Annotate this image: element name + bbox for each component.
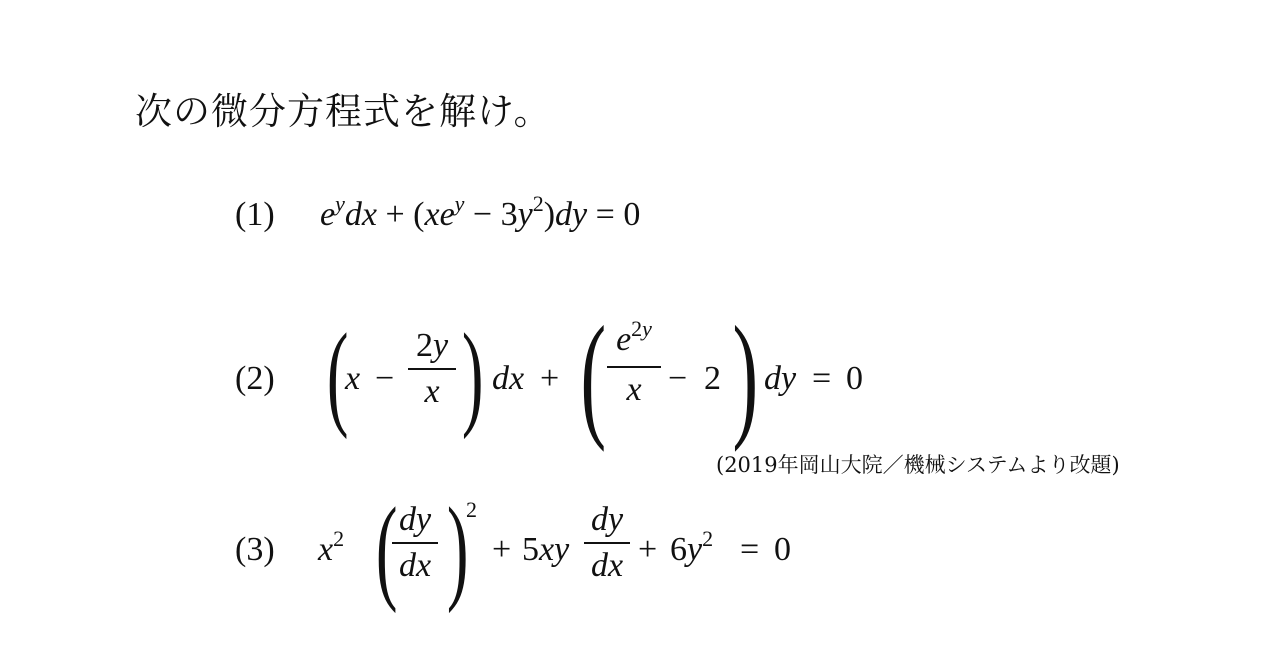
eq2-minus-2: − <box>668 359 687 399</box>
problem-1-number: (1) <box>235 195 275 235</box>
eq3-frac1-numerator: dy <box>392 500 438 540</box>
eq3-plus: + <box>492 530 511 570</box>
eq2-frac2-e: e <box>616 321 631 358</box>
eq1-lparen: ( <box>413 196 424 233</box>
eq1-equals: = <box>596 196 615 233</box>
eq2-two: 2 <box>704 359 721 399</box>
eq1-dx: dx <box>345 196 377 233</box>
eq3-x-exp: 2 <box>333 526 344 551</box>
eq3-frac2-numerator: dy <box>584 500 630 540</box>
eq1-rparen: ) <box>544 196 555 233</box>
eq1-e: e <box>320 196 335 233</box>
problem-3-number: (3) <box>235 530 275 570</box>
eq3-frac2-denominator: dx <box>584 546 630 586</box>
eq3-zero: 0 <box>774 530 791 570</box>
eq3-fraction-2: dy dx <box>584 500 630 586</box>
eq2-frac1-numerator: 2y <box>408 326 456 366</box>
eq3-y-exp: 2 <box>702 526 713 551</box>
eq3-x-squared: x2 <box>318 530 344 570</box>
eq1-e-exp: y <box>335 191 345 216</box>
eq2-zero: 0 <box>846 359 863 399</box>
eq3-6y-squared: 6y2 <box>670 530 713 570</box>
eq3-plus-2: + <box>638 530 657 570</box>
eq1-e2-exp: y <box>455 191 465 216</box>
problem-2-number: (2) <box>235 359 275 399</box>
eq3-equals: = <box>740 530 759 570</box>
eq3-x: x <box>318 531 333 568</box>
eq1-y: y <box>518 196 533 233</box>
eq2-frac2-exp: 2y <box>631 316 652 341</box>
eq2-dx: dx <box>492 359 524 399</box>
eq1-dy: dy <box>555 196 587 233</box>
eq2-left-paren-2: ( <box>580 306 606 446</box>
fraction-bar <box>584 542 630 544</box>
problem-source-note: (2019年岡山大院／機械システムより改題) <box>716 451 1120 479</box>
eq2-x: x <box>345 359 360 399</box>
eq3-paren-exp: 2 <box>466 490 477 530</box>
problem-title: 次の微分方程式を解け。 <box>135 88 552 136</box>
eq1-minus: − <box>473 196 492 233</box>
eq2-right-paren-2: ) <box>732 306 758 446</box>
eq2-minus: − <box>375 359 394 399</box>
eq2-plus: + <box>540 359 559 399</box>
eq2-frac2-numerator: e2y <box>607 320 661 360</box>
eq1-zero: 0 <box>623 196 640 233</box>
eq2-equals: = <box>812 359 831 399</box>
eq3-5xy: 5xy <box>522 530 569 570</box>
eq1-3: 3 <box>501 196 518 233</box>
eq2-dy: dy <box>764 359 796 399</box>
eq2-fraction-2: e2y x <box>607 320 661 410</box>
eq2-fraction-1: 2y x <box>408 326 456 412</box>
eq1-x: x <box>424 196 439 233</box>
eq1-plus: + <box>385 196 404 233</box>
fraction-bar <box>408 368 456 370</box>
eq2-frac1-denominator: x <box>408 372 456 412</box>
eq2-right-paren-1: ) <box>462 316 484 434</box>
eq2-frac2-denominator: x <box>607 370 661 410</box>
fraction-bar <box>392 542 438 544</box>
eq3-fraction-1: dy dx <box>392 500 438 586</box>
eq1-e2: e <box>440 196 455 233</box>
eq3-frac1-denominator: dx <box>392 546 438 586</box>
problem-1-equation: eydx + (xey − 3y2)dy = 0 <box>320 195 640 235</box>
fraction-bar <box>607 366 661 368</box>
eq1-y-exp: 2 <box>533 191 544 216</box>
